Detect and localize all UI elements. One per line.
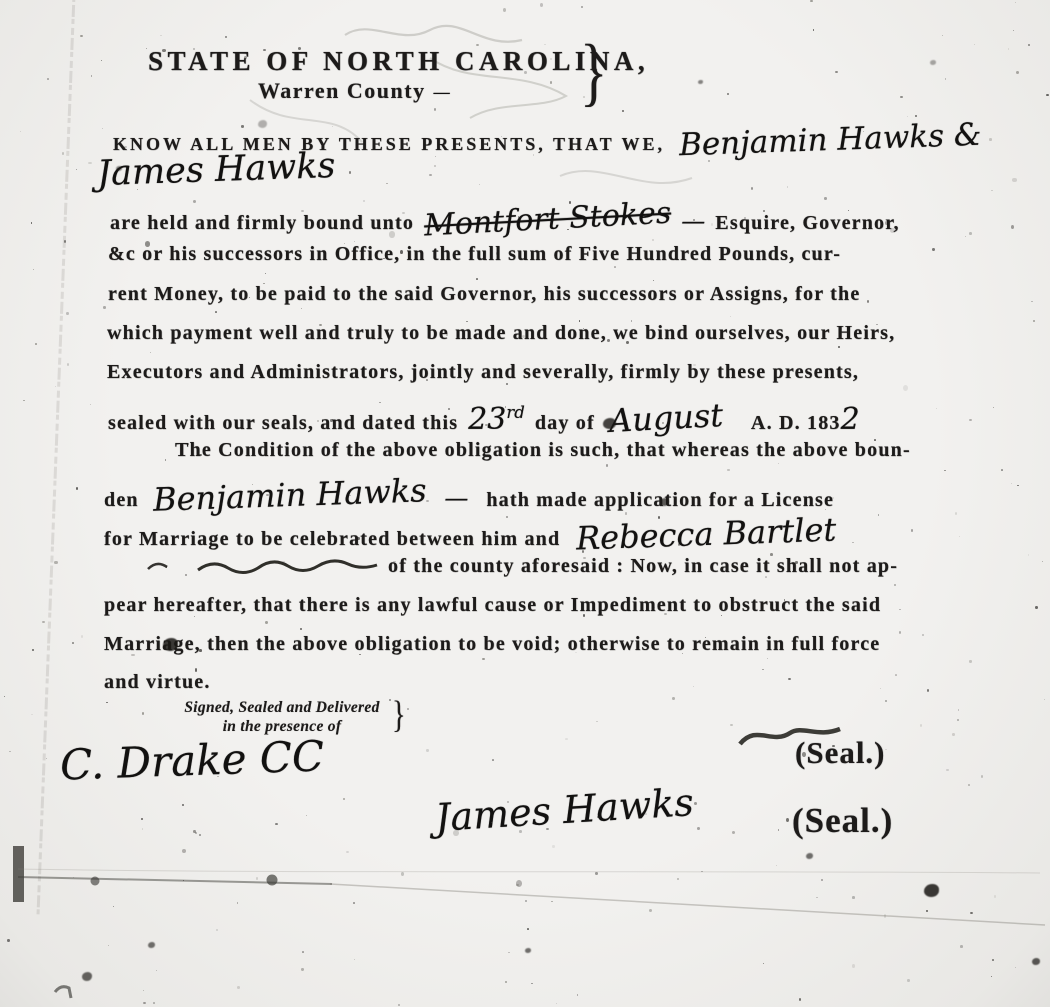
- noise-speck: [1044, 699, 1045, 700]
- noise-speck: [969, 232, 971, 235]
- noise-speck: [776, 865, 777, 866]
- noise-speck: [1015, 967, 1016, 968]
- noise-speck: [788, 678, 791, 680]
- seal-text-1: (Seal.): [795, 735, 886, 771]
- ink-blot: [698, 80, 703, 84]
- noise-speck: [1017, 485, 1018, 486]
- noise-speck: [346, 851, 349, 853]
- noise-speck: [936, 408, 937, 410]
- handwritten-flourish: [148, 564, 167, 569]
- noise-speck: [596, 721, 598, 722]
- condition-printed-den: den: [104, 489, 139, 511]
- noise-speck: [42, 621, 45, 624]
- noise-speck: [968, 784, 970, 786]
- noise-speck: [31, 222, 32, 224]
- noise-speck: [426, 749, 428, 751]
- noise-speck: [90, 404, 91, 405]
- noise-speck: [185, 574, 187, 576]
- handwritten-signer-signature: James Hawks: [434, 780, 695, 840]
- noise-speck: [429, 174, 431, 176]
- noise-speck: [878, 514, 880, 515]
- noise-speck: [66, 312, 68, 315]
- noise-speck: [182, 804, 185, 806]
- noise-speck: [35, 343, 37, 345]
- noise-speck: [1011, 483, 1012, 484]
- noise-speck: [525, 900, 527, 902]
- noise-speck: [47, 78, 50, 80]
- noise-speck: [1015, 2, 1016, 3]
- noise-speck: [852, 542, 853, 543]
- noise-speck: [479, 184, 480, 186]
- noise-speck: [810, 0, 812, 2]
- condition-line-1: The Condition of the above obligation is…: [175, 439, 911, 462]
- noise-speck: [142, 712, 144, 715]
- body-line: Executors and Administrators, jointly an…: [107, 361, 859, 384]
- attestation-brace: }: [392, 696, 406, 734]
- ink-blot: [525, 948, 531, 953]
- noise-speck: [920, 724, 923, 727]
- noise-speck: [302, 951, 304, 953]
- noise-speck: [62, 152, 65, 155]
- noise-speck: [353, 902, 355, 904]
- noise-speck: [160, 35, 162, 37]
- noise-speck: [166, 566, 167, 568]
- noise-speck: [434, 108, 436, 111]
- noise-speck: [434, 165, 436, 168]
- noise-speck: [1028, 44, 1030, 46]
- noise-speck: [199, 834, 201, 836]
- dated-printed-mid: day of: [535, 412, 595, 434]
- noise-speck: [974, 44, 975, 45]
- body-line: rent Money, to be paid to the said Gover…: [108, 283, 860, 306]
- noise-speck: [1042, 561, 1043, 562]
- noise-speck: [1012, 178, 1017, 181]
- bound-unto-line: are held and firmly bound unto Montfort …: [110, 202, 900, 237]
- dated-printed-pre: sealed with our seals, and dated this: [108, 412, 458, 434]
- noise-speck: [354, 241, 355, 242]
- noise-speck: [1008, 48, 1010, 50]
- noise-speck: [76, 487, 78, 489]
- fold-line-faint-upper: [18, 869, 1040, 873]
- handwritten-groom-name: Benjamin Hawks: [152, 471, 427, 519]
- noise-speck: [156, 970, 157, 971]
- handwritten-dash-2: —: [444, 484, 468, 512]
- noise-speck: [1011, 225, 1014, 229]
- noise-speck: [927, 689, 929, 691]
- noise-speck: [606, 464, 609, 467]
- noise-speck: [730, 724, 733, 726]
- noise-speck: [821, 879, 823, 882]
- noise-speck: [838, 346, 839, 348]
- noise-speck: [1013, 30, 1014, 31]
- noise-speck: [354, 959, 355, 960]
- ink-blot: [924, 884, 939, 897]
- noise-speck: [80, 35, 83, 37]
- noise-speck: [932, 248, 935, 252]
- condition-line-6: Marriage, then the above obligation to b…: [104, 633, 880, 656]
- noise-speck: [527, 928, 530, 930]
- corner-mark: [55, 987, 71, 998]
- ink-blot: [1032, 958, 1040, 965]
- noise-speck: [4, 696, 5, 697]
- noise-speck: [265, 621, 268, 624]
- noise-speck: [73, 877, 74, 878]
- noise-speck: [225, 36, 228, 38]
- noise-speck: [1031, 301, 1033, 303]
- noise-speck: [730, 316, 731, 317]
- noise-speck: [142, 828, 144, 829]
- noise-speck: [265, 273, 266, 274]
- handwritten-day: 23rd: [468, 402, 525, 437]
- noise-speck: [751, 187, 754, 190]
- noise-speck: [516, 880, 522, 887]
- noise-speck: [622, 110, 624, 112]
- noise-speck: [195, 832, 197, 834]
- noise-speck: [113, 906, 114, 907]
- noise-speck: [989, 138, 992, 140]
- noise-speck: [91, 75, 92, 77]
- noise-speck: [852, 964, 855, 968]
- condition-line-2: den Benjamin Hawks — hath made applicati…: [104, 476, 834, 514]
- noise-speck: [577, 994, 578, 996]
- noise-speck: [693, 686, 695, 688]
- noise-speck: [193, 830, 196, 833]
- handwritten-flourish: [198, 561, 377, 573]
- noise-speck: [300, 628, 302, 630]
- noise-speck: [306, 815, 307, 816]
- noise-speck: [903, 385, 908, 391]
- noise-speck: [697, 827, 700, 830]
- noise-speck: [349, 171, 352, 174]
- handwritten-year-digit: 2: [841, 402, 860, 437]
- noise-speck: [64, 240, 66, 243]
- noise-speck: [551, 901, 552, 902]
- ink-blot: [930, 60, 936, 65]
- noise-speck: [767, 658, 768, 659]
- noise-speck: [911, 529, 913, 531]
- noise-speck: [900, 96, 902, 98]
- noise-speck: [787, 186, 789, 188]
- noise-speck: [23, 400, 25, 402]
- bound-unto-printed: are held and firmly bound unto: [110, 212, 414, 234]
- noise-speck: [677, 878, 679, 880]
- body-line: &c or his successors in Office, in the f…: [108, 243, 841, 266]
- county-line: Warren County —: [258, 78, 452, 104]
- noise-speck: [614, 266, 617, 268]
- noise-speck: [991, 976, 992, 977]
- condition-line-5: pear hereafter, that there is any lawful…: [104, 594, 881, 617]
- noise-speck: [672, 697, 675, 700]
- handwritten-month: August: [608, 396, 724, 440]
- fold-line-dark: [18, 877, 332, 884]
- ink-blot: [82, 972, 92, 981]
- noise-speck: [103, 306, 105, 309]
- noise-speck: [880, 688, 882, 689]
- noise-speck: [946, 769, 948, 772]
- noise-speck: [141, 818, 143, 820]
- noise-speck: [915, 115, 917, 117]
- noise-speck: [282, 561, 284, 563]
- noise-speck: [994, 895, 997, 898]
- pencil-scribble: [560, 171, 692, 183]
- noise-speck: [899, 609, 900, 610]
- noise-speck: [867, 300, 870, 303]
- seal-text-2: (Seal.): [792, 801, 893, 841]
- noise-speck: [944, 470, 945, 471]
- noise-speck: [20, 131, 21, 132]
- noise-speck: [482, 658, 485, 661]
- ink-blot: [806, 853, 813, 859]
- noise-speck: [552, 845, 554, 848]
- noise-speck: [816, 897, 818, 899]
- noise-speck: [694, 802, 697, 805]
- noise-speck: [1046, 94, 1049, 96]
- noise-speck: [970, 912, 973, 914]
- handwritten-governor-name: Montfort Stokes: [423, 196, 672, 244]
- noise-speck: [894, 584, 896, 586]
- noise-speck: [945, 78, 947, 80]
- noise-speck: [150, 352, 151, 353]
- noise-speck: [922, 634, 924, 636]
- noise-speck: [701, 871, 703, 872]
- noise-speck: [275, 823, 278, 825]
- bound-unto-printed-tail: Esquire, Governor,: [715, 212, 899, 234]
- noise-speck: [386, 183, 387, 184]
- noise-speck: [216, 929, 218, 931]
- noise-speck: [182, 849, 186, 853]
- noise-speck: [33, 269, 34, 270]
- noise-speck: [955, 512, 957, 515]
- noise-speck: [508, 952, 510, 954]
- handwritten-bride-name: Rebecca Bartlet: [576, 510, 837, 557]
- noise-speck: [1035, 606, 1038, 609]
- noise-speck: [108, 945, 109, 946]
- noise-speck: [786, 818, 789, 822]
- noise-speck: [763, 963, 764, 964]
- noise-speck: [9, 751, 11, 752]
- noise-speck: [969, 419, 971, 421]
- noise-speck: [565, 738, 568, 740]
- noise-speck: [1016, 71, 1019, 74]
- noise-speck: [88, 162, 91, 164]
- noise-speck: [778, 829, 780, 831]
- noise-speck: [516, 884, 519, 886]
- body-line: which payment well and truly to be made …: [107, 322, 895, 345]
- county-flourish: —: [433, 82, 453, 103]
- noise-speck: [581, 6, 583, 9]
- noise-speck: [1033, 320, 1035, 322]
- noise-speck: [885, 700, 887, 702]
- noise-speck: [778, 463, 779, 464]
- fold-smudge: [91, 877, 100, 886]
- noise-speck: [7, 939, 10, 943]
- noise-speck: [401, 872, 404, 876]
- noise-speck: [899, 631, 901, 634]
- handwritten-dash: —: [681, 207, 705, 235]
- noise-speck: [31, 714, 32, 715]
- noise-speck: [301, 968, 303, 970]
- dated-printed-year: A. D. 183: [751, 412, 841, 434]
- noise-speck: [407, 708, 408, 709]
- noise-speck: [153, 1002, 154, 1004]
- noise-speck: [301, 308, 302, 310]
- noise-speck: [942, 35, 943, 37]
- condition-line-4: of the county aforesaid : Now, in case i…: [388, 555, 898, 578]
- scanned-marriage-bond-document: STATE OF NORTH CAROLINA, } Warren County…: [0, 0, 1050, 1007]
- noise-speck: [76, 169, 77, 170]
- day-suffix: rd: [506, 403, 524, 422]
- noise-speck: [1028, 554, 1030, 556]
- noise-speck: [727, 93, 729, 95]
- condition-line-3: for Marriage to be celebrated between hi…: [104, 515, 837, 553]
- header-brace: }: [580, 34, 607, 110]
- noise-speck: [540, 3, 543, 7]
- noise-speck: [981, 775, 983, 778]
- condition-printed-tail: hath made application for a License: [486, 489, 834, 511]
- noise-speck: [55, 386, 56, 387]
- noise-speck: [492, 759, 494, 761]
- county-name: Warren County: [258, 78, 426, 103]
- noise-speck: [958, 709, 960, 711]
- noise-speck: [926, 910, 928, 912]
- noise-speck: [72, 642, 74, 644]
- noise-speck: [46, 758, 47, 759]
- noise-speck: [991, 190, 993, 192]
- fold-smudge: [267, 875, 278, 886]
- noise-speck: [895, 674, 897, 676]
- noise-speck: [907, 116, 909, 118]
- handwritten-obligor-names-2: James Hawks: [96, 146, 336, 194]
- noise-speck: [952, 733, 955, 736]
- noise-speck: [960, 945, 962, 948]
- day-number: 23: [468, 402, 506, 437]
- noise-speck: [165, 459, 167, 460]
- noise-speck: [595, 872, 598, 875]
- noise-speck: [67, 363, 69, 366]
- noise-speck: [106, 702, 108, 704]
- noise-speck: [824, 197, 827, 200]
- noise-speck: [143, 990, 144, 991]
- noise-speck: [237, 986, 240, 989]
- scan-edge-mark: [13, 846, 24, 902]
- noise-speck: [835, 71, 838, 74]
- noise-speck: [54, 561, 58, 565]
- noise-speck: [732, 831, 735, 834]
- noise-speck: [852, 896, 855, 899]
- pencil-scribble: [345, 26, 522, 42]
- noise-speck: [215, 311, 217, 313]
- noise-speck: [556, 1003, 558, 1004]
- noise-speck: [762, 669, 763, 670]
- dated-line: sealed with our seals, and dated this 23…: [108, 399, 860, 437]
- attestation-block: Signed, Sealed and Delivered in the pres…: [172, 698, 392, 737]
- noise-speck: [343, 798, 345, 800]
- noise-speck: [256, 877, 259, 880]
- noise-speck: [102, 128, 103, 129]
- noise-speck: [653, 280, 654, 281]
- noise-speck: [1001, 469, 1004, 471]
- noise-speck: [398, 1004, 400, 1006]
- noise-speck: [503, 8, 506, 12]
- noise-speck: [143, 1002, 146, 1004]
- noise-speck: [652, 239, 654, 241]
- noise-speck: [531, 983, 533, 984]
- noise-speck: [649, 909, 652, 912]
- noise-speck: [965, 236, 966, 237]
- handwritten-obligor-names: Benjamin Hawks &: [678, 117, 982, 164]
- noise-speck: [884, 914, 887, 917]
- noise-speck: [101, 60, 102, 61]
- noise-speck: [993, 407, 994, 408]
- noise-speck: [992, 959, 994, 961]
- noise-speck: [813, 29, 814, 30]
- noise-speck: [505, 981, 507, 984]
- noise-speck: [81, 635, 83, 638]
- noise-speck: [32, 649, 34, 651]
- fold-line-faint: [330, 884, 1045, 925]
- noise-speck: [476, 278, 478, 280]
- noise-speck: [799, 998, 801, 1000]
- noise-speck: [959, 536, 960, 537]
- noise-speck: [907, 979, 909, 982]
- handwritten-witness-signature: C. Drake CC: [59, 731, 325, 789]
- document-title: STATE OF NORTH CAROLINA,: [148, 46, 649, 77]
- condition-line-7: and virtue.: [104, 671, 211, 694]
- noise-speck: [183, 880, 184, 881]
- ink-blot: [148, 942, 155, 948]
- noise-speck: [969, 660, 972, 662]
- condition-printed-between: for Marriage to be celebrated between hi…: [104, 528, 560, 550]
- noise-speck: [550, 81, 553, 83]
- noise-speck: [957, 719, 958, 720]
- attestation-line-1: Signed, Sealed and Delivered: [172, 698, 392, 717]
- noise-speck: [727, 469, 729, 472]
- noise-speck: [237, 902, 239, 904]
